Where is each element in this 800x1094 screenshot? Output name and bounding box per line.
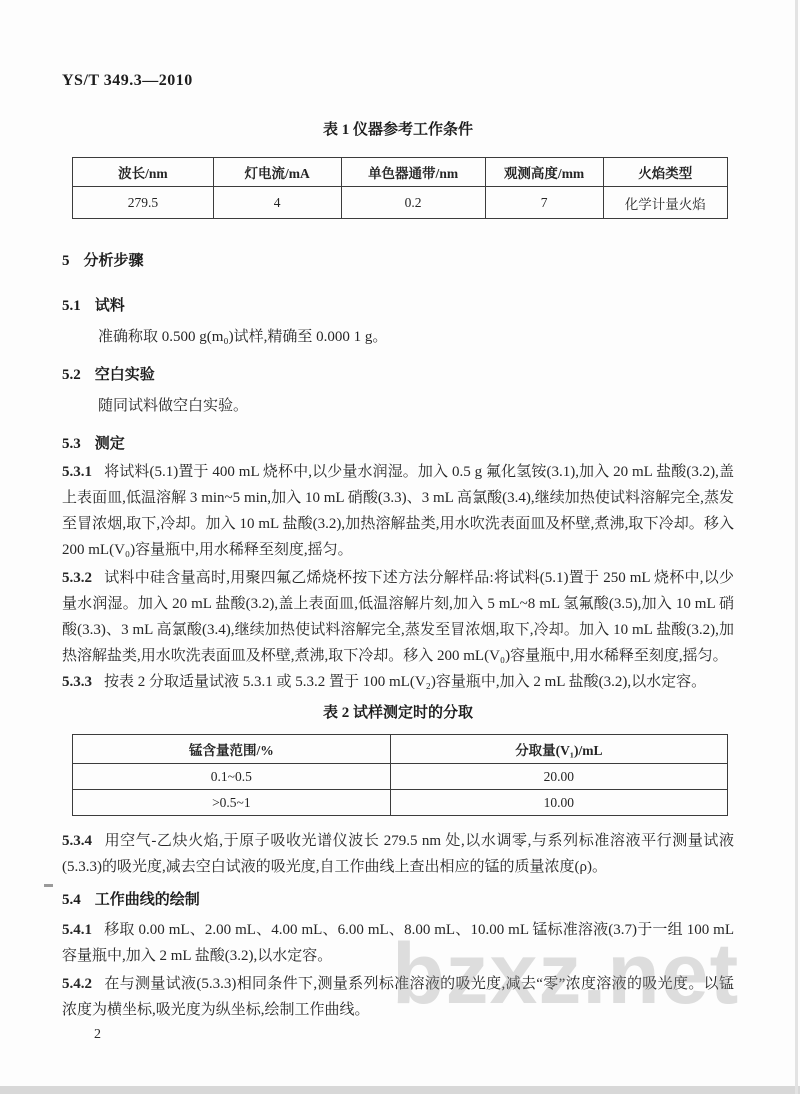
clause-5-3-3: 5.3.3按表 2 分取适量试液 5.3.1 或 5.3.2 置于 100 mL… [62, 669, 734, 695]
clause-text: 试料中硅含量高时,用聚四氟乙烯烧杯按下述方法分解样品:将试料(5.1)置于 25… [62, 570, 734, 664]
table-2-title: 表 2 试样测定时的分取 [62, 701, 734, 722]
table-2-cell: 0.1~0.5 [73, 764, 391, 790]
table-1-header-cell: 单色器通带/nm [341, 158, 485, 187]
section-title: 测定 [95, 436, 125, 452]
section-heading-5-1: 5.1试料 [62, 294, 734, 315]
table-1-cell: 4 [213, 187, 341, 219]
section-number: 5 [62, 253, 70, 269]
clause-5-3-4: 5.3.4用空气-乙炔火焰,于原子吸收光谱仪波长 279.5 nm 处,以水调零… [62, 828, 734, 880]
standard-code: YS/T 349.3—2010 [62, 72, 734, 90]
table-2-cell: 10.00 [390, 790, 727, 816]
table-1: 波长/nm 灯电流/mA 单色器通带/nm 观测高度/mm 火焰类型 279.5… [72, 157, 728, 219]
table-1-header-cell: 波长/nm [73, 158, 214, 187]
table-1-cell: 7 [485, 187, 603, 219]
section-heading-5-3: 5.3测定 [62, 432, 734, 453]
scan-right-edge [795, 0, 798, 1094]
section-title: 分析步骤 [84, 253, 144, 269]
table-1-cell: 279.5 [73, 187, 214, 219]
section-number: 5.1 [62, 298, 81, 314]
table-2-cell: >0.5~1 [73, 790, 391, 816]
table-2-header-row: 锰含量范围/% 分取量(V₁)/mL [73, 735, 728, 764]
table-1-header-row: 波长/nm 灯电流/mA 单色器通带/nm 观测高度/mm 火焰类型 [73, 158, 728, 187]
table-2-header-cell: 分取量(V₁)/mL [390, 735, 727, 764]
clause-text: 用空气-乙炔火焰,于原子吸收光谱仪波长 279.5 nm 处,以水调零,与系列标… [62, 833, 734, 875]
table-1-title: 表 1 仪器参考工作条件 [62, 118, 734, 139]
table-1-header-cell: 观测高度/mm [485, 158, 603, 187]
table-2: 锰含量范围/% 分取量(V₁)/mL 0.1~0.5 20.00 >0.5~1 … [72, 734, 728, 816]
clause-number: 5.4.2 [62, 976, 92, 992]
clause-5-3-1: 5.3.1将试料(5.1)置于 400 mL 烧杯中,以少量水润湿。加入 0.5… [62, 459, 734, 563]
clause-5-4-2: 5.4.2在与测量试液(5.3.3)相同条件下,测量系列标准溶液的吸光度,减去“… [62, 971, 734, 1023]
clause-number: 5.3.2 [62, 570, 92, 586]
section-title: 空白实验 [95, 367, 155, 383]
section-number: 5.2 [62, 367, 81, 383]
table-2-cell: 20.00 [390, 764, 727, 790]
table-1-header-cell: 火焰类型 [603, 158, 727, 187]
table-1-data-row: 279.5 4 0.2 7 化学计量火焰 [73, 187, 728, 219]
clause-5-4-1: 5.4.1移取 0.00 mL、2.00 mL、4.00 mL、6.00 mL、… [62, 917, 734, 969]
clause-text: 将试料(5.1)置于 400 mL 烧杯中,以少量水润湿。加入 0.5 g 氟化… [62, 464, 734, 558]
table-1-cell: 0.2 [341, 187, 485, 219]
scan-bottom-edge [0, 1086, 800, 1094]
section-number: 5.3 [62, 436, 81, 452]
section-heading-5: 5分析步骤 [62, 249, 734, 270]
table-2-header-cell: 锰含量范围/% [73, 735, 391, 764]
clause-text: 按表 2 分取适量试液 5.3.1 或 5.3.2 置于 100 mL(V₂)容… [104, 674, 706, 690]
section-title: 工作曲线的绘制 [95, 892, 200, 908]
page-number: 2 [94, 1027, 734, 1043]
section-title: 试料 [95, 298, 125, 314]
clause-text: 在与测量试液(5.3.3)相同条件下,测量系列标准溶液的吸光度,减去“零”浓度溶… [62, 976, 734, 1018]
paragraph-5-2: 随同试料做空白实验。 [62, 394, 734, 418]
clause-number: 5.3.1 [62, 464, 92, 480]
clause-5-3-2: 5.3.2试料中硅含量高时,用聚四氟乙烯烧杯按下述方法分解样品:将试料(5.1)… [62, 565, 734, 669]
clause-number: 5.4.1 [62, 922, 92, 938]
table-1-cell: 化学计量火焰 [603, 187, 727, 219]
scan-margin-mark [44, 884, 53, 887]
table-1-header-cell: 灯电流/mA [213, 158, 341, 187]
table-2-data-row: 0.1~0.5 20.00 [73, 764, 728, 790]
section-heading-5-2: 5.2空白实验 [62, 363, 734, 384]
clause-number: 5.3.3 [62, 674, 92, 690]
document-page: YS/T 349.3—2010 表 1 仪器参考工作条件 波长/nm 灯电流/m… [0, 0, 800, 1094]
clause-number: 5.3.4 [62, 833, 92, 849]
paragraph-5-1: 准确称取 0.500 g(m₀)试样,精确至 0.000 1 g。 [62, 325, 734, 349]
section-heading-5-4: 5.4工作曲线的绘制 [62, 888, 734, 909]
table-2-data-row: >0.5~1 10.00 [73, 790, 728, 816]
section-number: 5.4 [62, 892, 81, 908]
clause-text: 移取 0.00 mL、2.00 mL、4.00 mL、6.00 mL、8.00 … [62, 922, 734, 964]
